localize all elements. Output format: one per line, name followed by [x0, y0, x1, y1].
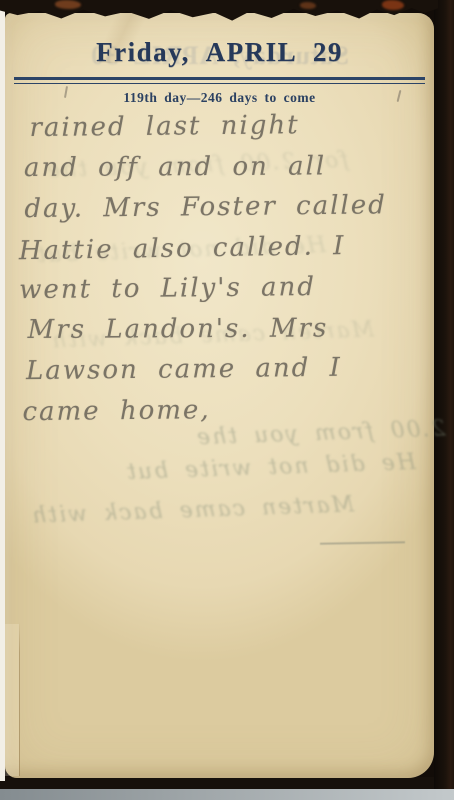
diary-page: Saturday, APRIL 30 Friday, APRIL 29 119t…	[5, 13, 434, 778]
under-page-edge-line	[19, 622, 20, 776]
bleedthrough-text: Marten came back with	[30, 492, 355, 528]
binding-stain	[55, 0, 81, 9]
under-page-sliver	[5, 624, 19, 776]
divider-rule	[14, 77, 425, 84]
scanner-background	[0, 789, 454, 800]
book-cover-edge-right	[434, 0, 454, 789]
entry-line: and off and on all	[24, 145, 431, 188]
scanned-diary-photo: Saturday, APRIL 30 Friday, APRIL 29 119t…	[0, 0, 454, 800]
entry-line: went to Lily's and	[19, 266, 432, 311]
binding-stain	[382, 0, 404, 10]
entry-line: Mrs Landon's. Mrs	[28, 307, 433, 350]
bleedthrough-dash	[320, 541, 405, 544]
bleedthrough-text: He did not write but	[125, 450, 417, 485]
binding-stain	[300, 2, 316, 9]
page-title-date: Friday, APRIL 29	[5, 37, 434, 68]
entry-line: Lawson came and I	[26, 347, 433, 392]
book-edge-bottom	[0, 777, 454, 789]
diary-entry: rained last night and off and on all day…	[15, 104, 433, 432]
entry-line: rained last night	[29, 104, 430, 149]
entry-line: Hattie also called. I	[18, 224, 432, 271]
entry-line: day. Mrs Foster called	[24, 185, 431, 230]
